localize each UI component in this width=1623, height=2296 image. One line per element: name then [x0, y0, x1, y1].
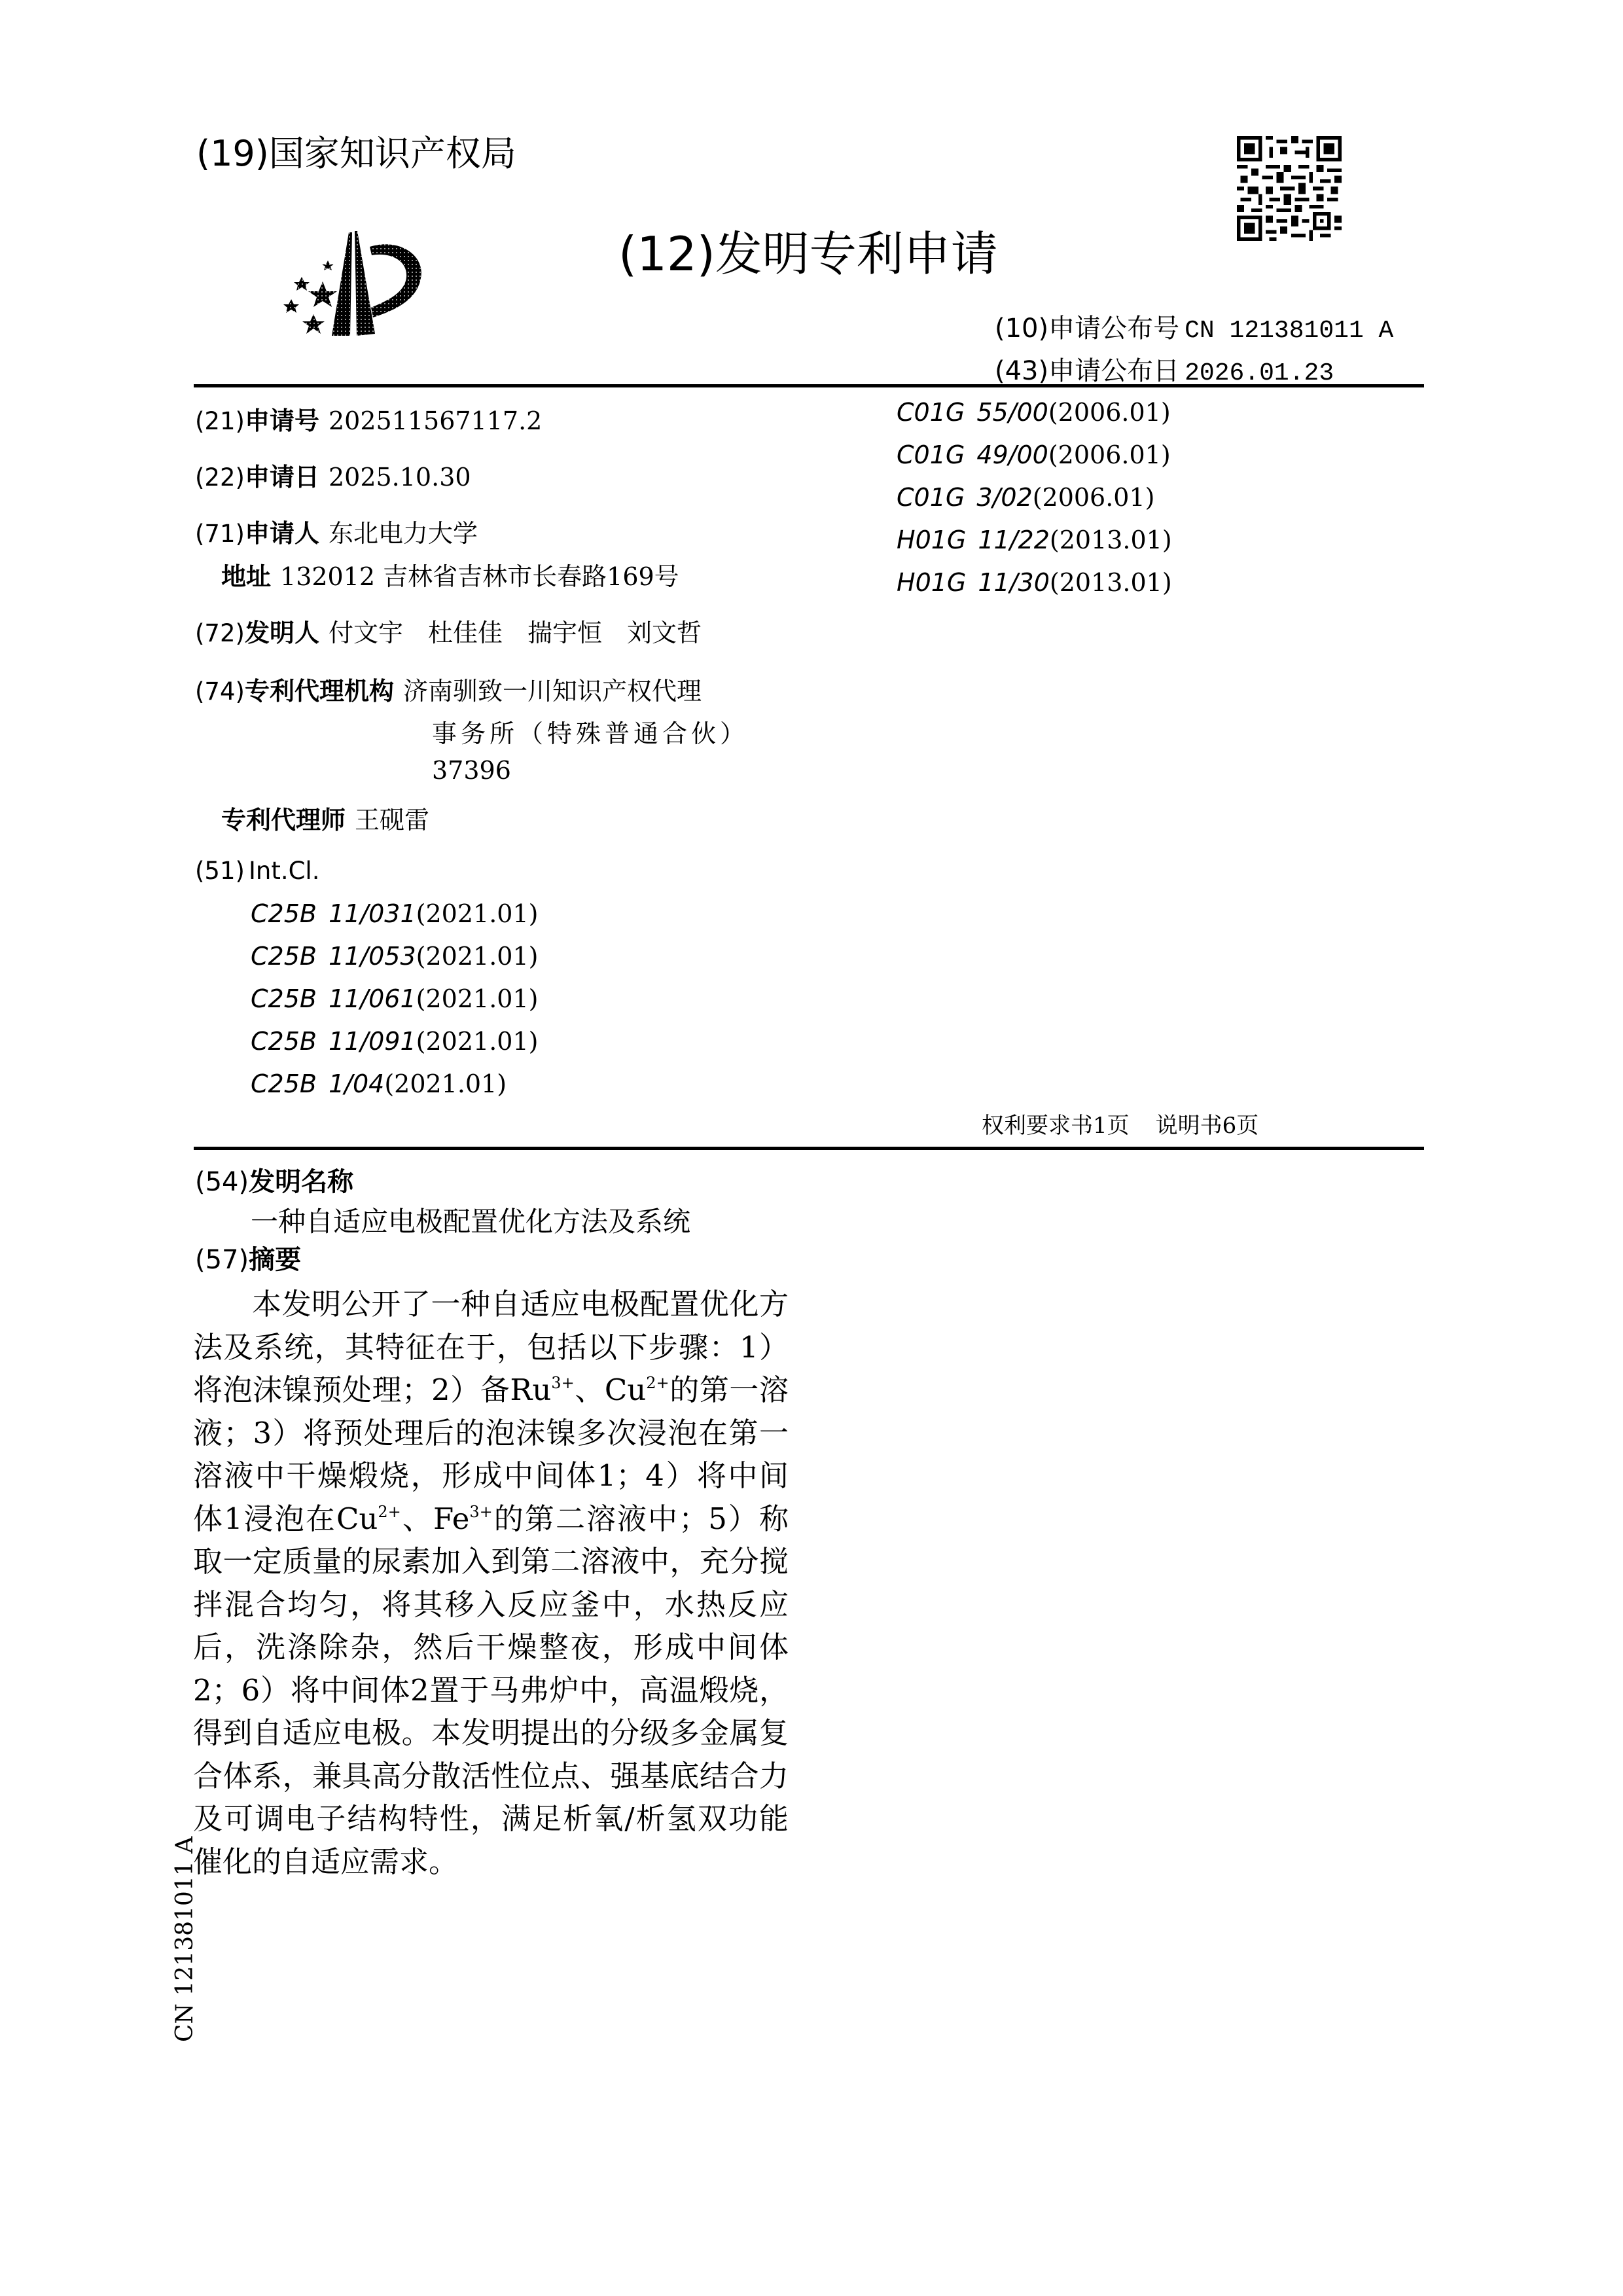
- ipc-version: (2006.01): [1033, 483, 1155, 512]
- page-counts: 权利要求书1页说明书6页: [982, 1107, 1258, 1139]
- pub-number-code: (10): [995, 314, 1048, 344]
- pub-date-label: 申请公布日: [1048, 356, 1179, 386]
- pub-date-value: 2026.01.23: [1185, 359, 1334, 387]
- doc-type-label: 发明专利申请: [715, 226, 998, 281]
- ipc-group: 1/04: [329, 1069, 384, 1098]
- field-label: Int.Cl.: [249, 857, 320, 885]
- address-field: 地址132012 吉林省吉林市长春路169号: [221, 556, 679, 592]
- office-code: (19): [196, 133, 269, 174]
- pub-date-code: (43): [995, 356, 1048, 386]
- int-cl-header: (51)Int.Cl.: [195, 856, 319, 885]
- ipc-entry-right: H01G11/30(2013.01): [897, 568, 1172, 597]
- field-code: (51): [195, 857, 245, 885]
- ipc-class: C01G: [897, 440, 965, 469]
- section-divider: [194, 1147, 1424, 1150]
- superscript: 2+: [646, 1374, 669, 1392]
- ipc-group: 11/30: [978, 568, 1050, 597]
- field-label: 申请日: [245, 463, 319, 492]
- ipc-class: C25B: [251, 1069, 317, 1098]
- ipc-entry: C25B11/091(2021.01): [251, 1027, 538, 1056]
- ipc-group: 11/061: [329, 984, 416, 1013]
- ipc-class: H01G: [897, 526, 966, 554]
- agent-field: 专利代理师王砚雷: [221, 800, 429, 836]
- ipc-version: (2006.01): [1048, 398, 1171, 427]
- ipc-group: 11/053: [329, 942, 416, 971]
- ipc-class: H01G: [897, 568, 966, 597]
- ipc-class: C01G: [897, 483, 965, 512]
- ipc-version: (2013.01): [1050, 526, 1172, 554]
- field-label: 申请人: [245, 519, 319, 548]
- qr-code-icon: [1237, 136, 1342, 241]
- ipc-version: (2013.01): [1050, 568, 1172, 597]
- claims-page-count: 权利要求书1页: [982, 1113, 1130, 1139]
- abstract-segment: 、Cu: [575, 1372, 647, 1407]
- field-code: (21): [195, 407, 245, 435]
- cnipa-logo-icon: [265, 219, 429, 344]
- superscript: 3+: [469, 1503, 492, 1521]
- pub-number-label: 申请公布号: [1048, 314, 1179, 344]
- agency-line-1: 济南驯致一川知识产权代理: [403, 677, 702, 706]
- field-value: 王砚雷: [355, 806, 429, 834]
- field-label: 发明人: [245, 619, 319, 647]
- ipc-version: (2006.01): [1048, 440, 1171, 469]
- ipc-group: 11/22: [978, 526, 1050, 554]
- title-heading: (54)发明名称: [195, 1161, 353, 1198]
- field-value: 2025.10.30: [329, 463, 471, 492]
- invention-title: 一种自适应电极配置优化方法及系统: [251, 1200, 690, 1240]
- ipc-entry: C25B11/061(2021.01): [251, 984, 538, 1013]
- ipc-entry: C25B11/031(2021.01): [251, 899, 538, 928]
- ipc-class: C25B: [251, 899, 317, 928]
- field-value: 202511567117.2: [329, 406, 542, 435]
- side-publication-code: CN 121381011 A: [171, 1837, 198, 2042]
- issuing-office: (19)国家知识产权局: [196, 126, 516, 176]
- abstract-segment: 的第二溶液中；5）称取一定质量的尿素加入到第二溶液中，充分搅拌混合均匀，将其移入…: [193, 1501, 789, 1879]
- field-code: (57): [195, 1245, 249, 1275]
- abstract-segment: 、Fe: [401, 1501, 470, 1536]
- ipc-group: 11/091: [329, 1027, 416, 1056]
- ipc-version: (2021.01): [416, 942, 539, 971]
- field-label: 发明名称: [249, 1167, 353, 1197]
- field-label: 摘要: [249, 1245, 301, 1275]
- ipc-entry: C25B1/04(2021.01): [251, 1069, 507, 1098]
- agency-field: (74)专利代理机构济南驯致一川知识产权代理: [195, 671, 702, 707]
- ipc-group: 49/00: [976, 440, 1048, 469]
- field-label: 申请号: [245, 406, 319, 435]
- publication-date: (43)申请公布日2026.01.23: [995, 350, 1334, 387]
- ipc-group: 11/031: [329, 899, 416, 928]
- field-label: 专利代理师: [221, 806, 346, 834]
- header-divider: [194, 384, 1424, 387]
- inventors-field: (72)发明人付文宇 杜佳佳 揣宇恒 刘文哲: [195, 613, 702, 649]
- field-label: 地址: [221, 562, 271, 591]
- ipc-class: C01G: [897, 398, 965, 427]
- abstract-text: 本发明公开了一种自适应电极配置优化方法及系统，其特征在于，包括以下步骤：1）将泡…: [193, 1283, 789, 1883]
- agency-line-2-text: 事务所（特殊普通合伙）: [432, 719, 749, 748]
- ipc-entry: C25B11/053(2021.01): [251, 942, 538, 971]
- ipc-class: C25B: [251, 942, 317, 971]
- field-value: 东北电力大学: [329, 519, 478, 548]
- ipc-group: 3/02: [976, 483, 1032, 512]
- filing-date-field: (22)申请日2025.10.30: [195, 457, 471, 493]
- ipc-entry-right: C01G55/00(2006.01): [897, 398, 1171, 427]
- ipc-entry-right: H01G11/22(2013.01): [897, 526, 1172, 554]
- ipc-class: C25B: [251, 1027, 317, 1056]
- ipc-entry-right: C01G3/02(2006.01): [897, 483, 1154, 512]
- doc-type-code: (12): [618, 226, 715, 281]
- superscript: 3+: [551, 1374, 574, 1392]
- application-number-field: (21)申请号202511567117.2: [195, 401, 542, 437]
- ipc-group: 55/00: [976, 398, 1048, 427]
- ipc-entry-right: C01G49/00(2006.01): [897, 440, 1171, 469]
- field-code: (72): [195, 619, 245, 647]
- agency-line-3-text: 37396: [432, 756, 511, 785]
- field-code: (22): [195, 463, 245, 492]
- applicant-field: (71)申请人东北电力大学: [195, 513, 478, 549]
- ipc-version: (2021.01): [416, 984, 539, 1013]
- description-page-count: 说明书6页: [1156, 1113, 1259, 1139]
- agency-line-2: 事务所（特殊普通合伙）: [432, 713, 749, 749]
- abstract-heading: (57)摘要: [195, 1239, 301, 1276]
- field-code: (54): [195, 1167, 249, 1197]
- office-name: 国家知识产权局: [269, 133, 516, 174]
- document-type: (12)发明专利申请: [618, 216, 998, 284]
- superscript: 2+: [378, 1503, 401, 1521]
- field-value: 付文宇 杜佳佳 揣宇恒 刘文哲: [329, 619, 702, 647]
- publication-number: (10)申请公布号CN 121381011 A: [995, 308, 1393, 345]
- agency-line-3: 37396: [432, 756, 511, 785]
- field-code: (71): [195, 520, 245, 548]
- field-value: 132012 吉林省吉林市长春路169号: [280, 562, 679, 591]
- ipc-version: (2021.01): [416, 1027, 539, 1056]
- field-label: 专利代理机构: [245, 677, 394, 706]
- pub-number-value: CN 121381011 A: [1185, 317, 1393, 345]
- ipc-class: C25B: [251, 984, 317, 1013]
- ipc-version: (2021.01): [384, 1069, 507, 1098]
- ipc-version: (2021.01): [416, 899, 539, 928]
- field-code: (74): [195, 677, 245, 706]
